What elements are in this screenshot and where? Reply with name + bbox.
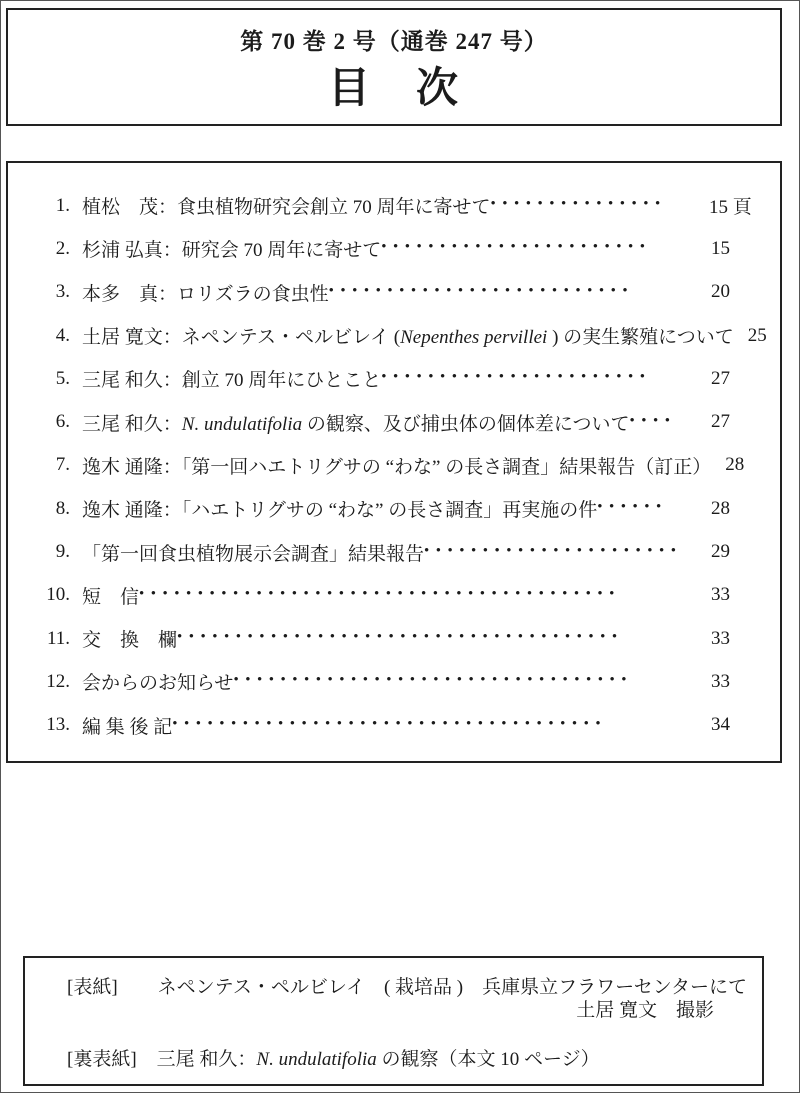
toc-item-title: 編 集 後 記: [82, 712, 172, 739]
toc-item-title: 土居 寛文：ネペンテス・ペルビレイ (Nepenthes pervillei )…: [82, 322, 734, 349]
toc-item-number: 11.: [26, 628, 70, 650]
toc-item-number: 6.: [26, 411, 70, 433]
front-cover-label: [表紙]: [67, 972, 118, 999]
dot-leader: ••••••••••••••••••••••••••••••••••••••: [177, 629, 697, 646]
toc-item-page: 15: [709, 238, 730, 260]
toc-item-number: 4.: [26, 325, 70, 347]
toc-item-text-pre: 短 信: [82, 587, 139, 608]
toc-item-number: 10.: [26, 584, 70, 606]
issue-number: 第 70 巻 2 号（通巻 247 号）: [8, 26, 780, 58]
species-name-italic: Nepenthes pervillei: [400, 327, 547, 348]
toc-item-text-pre: 三尾 和久：: [82, 414, 182, 435]
toc-item-page: 27: [709, 411, 730, 433]
toc-row: 13. 編 集 後 記 ••••••••••••••••••••••••••••…: [26, 704, 730, 747]
back-cover-text-pre: 三尾 和久：: [157, 1049, 257, 1070]
toc-item-text-post: ) の実生繁殖について: [547, 327, 733, 348]
toc-item-text-pre: 杉浦 弘真：研究会 70 周年に寄せて: [82, 240, 381, 261]
toc-item-number: 12.: [26, 671, 70, 693]
dot-leader: ••••••••••••••••••••••: [424, 543, 697, 560]
back-cover-line: [裏表紙] 三尾 和久：N. undulatifolia の観察（本文 10 ペ…: [67, 1044, 714, 1070]
toc-row: 5. 三尾 和久：創立 70 周年にひとこと •••••••••••••••••…: [26, 357, 730, 400]
toc-item-number: 2.: [26, 238, 70, 260]
back-cover-label: [裏表紙]: [67, 1044, 137, 1071]
toc-row: 8. 逸木 通隆：「ハエトリグサの “わな” の長さ調査」再実施の件 •••••…: [26, 487, 730, 530]
front-cover-credit: 土居 寛文 撮影: [67, 998, 714, 1024]
toc-item-text-pre: 会からのお知らせ: [82, 673, 233, 694]
front-cover-line: [表紙] ネペンテス・ペルビレイ ( 栽培品 ) 兵庫県立フラワーセンターにて: [67, 972, 714, 998]
toc-row: 1. 植松 茂：食虫植物研究会創立 70 周年に寄せて ••••••••••••…: [26, 184, 730, 227]
dot-leader: •••••••••••••••••••••••••••••••••••••: [172, 716, 697, 733]
toc-item-text-pre: 逸木 通隆：「ハエトリグサの “わな” の長さ調査」再実施の件: [82, 500, 597, 521]
dot-leader: •••••••••••••••••••••••: [381, 369, 697, 386]
toc-row: 3. 本多 真：ロリズラの食虫性 •••••••••••••••••••••••…: [26, 271, 730, 314]
toc-row: 2. 杉浦 弘真：研究会 70 周年に寄せて •••••••••••••••••…: [26, 227, 730, 270]
dot-leader: ••••: [630, 413, 698, 430]
back-cover-text: 三尾 和久：N. undulatifolia の観察（本文 10 ページ）: [157, 1044, 600, 1071]
toc-item-text-post: の観察、及び捕虫体の個体差について: [302, 414, 629, 435]
toc-item-number: 5.: [26, 368, 70, 390]
toc-row: 6. 三尾 和久：N. undulatifolia の観察、及び捕虫体の個体差に…: [26, 400, 730, 443]
toc-row: 9. 「第一回食虫植物展示会調査」結果報告 ••••••••••••••••••…: [26, 530, 730, 573]
toc-item-text-pre: 植松 茂：食虫植物研究会創立 70 周年に寄せて: [82, 197, 491, 218]
toc-item-text-pre: 逸木 通隆：「第一回ハエトリグサの “わな” の長さ調査」結果報告（訂正）: [82, 457, 711, 478]
toc-item-text-pre: 交 換 欄: [82, 630, 177, 651]
toc-item-title: 会からのお知らせ: [82, 668, 233, 695]
toc-item-title: 三尾 和久：N. undulatifolia の観察、及び捕虫体の個体差について: [82, 409, 630, 436]
dot-leader: •••••••••••••••: [491, 196, 697, 213]
toc-row: 12. 会からのお知らせ •••••••••••••••••••••••••••…: [26, 660, 730, 703]
toc-item-text-pre: 本多 真：ロリズラの食虫性: [82, 284, 329, 305]
toc-item-title: 「第一回食虫植物展示会調査」結果報告: [82, 539, 424, 566]
dot-leader: ••••••••••••••••••••••••••••••••••: [233, 672, 697, 689]
toc-item-page: 20: [709, 281, 730, 303]
toc-item-page: 33: [709, 584, 730, 606]
toc-item-title: 短 信: [82, 582, 139, 609]
toc-item-title: 三尾 和久：創立 70 周年にひとこと: [82, 365, 381, 392]
covers-box: [表紙] ネペンテス・ペルビレイ ( 栽培品 ) 兵庫県立フラワーセンターにて …: [23, 956, 764, 1086]
species-name-italic: N. undulatifolia: [182, 414, 302, 435]
species-name-italic: N. undulatifolia: [256, 1049, 376, 1070]
toc-item-text-pre: 土居 寛文：ネペンテス・ペルビレイ (: [82, 327, 400, 348]
toc-row: 4. 土居 寛文：ネペンテス・ペルビレイ (Nepenthes perville…: [26, 314, 730, 357]
toc-item-page: 33: [709, 628, 730, 650]
toc-item-page: 15 頁: [709, 192, 730, 219]
toc-item-title: 逸木 通隆：「ハエトリグサの “わな” の長さ調査」再実施の件: [82, 495, 597, 522]
toc-item-number: 9.: [26, 541, 70, 563]
toc-item-page: 29: [709, 541, 730, 563]
toc-item-text-pre: 三尾 和久：創立 70 周年にひとこと: [82, 370, 381, 391]
dot-leader: •••••••••••••••••••••••: [381, 239, 697, 256]
toc-item-title: 交 換 欄: [82, 625, 177, 652]
toc-row: 10. 短 信 ••••••••••••••••••••••••••••••••…: [26, 574, 730, 617]
toc-item-number: 8.: [26, 498, 70, 520]
header-box: 第 70 巻 2 号（通巻 247 号） 目 次: [6, 8, 782, 126]
toc-item-page: 25: [746, 325, 767, 347]
toc-item-number: 3.: [26, 281, 70, 303]
page-title: 目 次: [8, 64, 780, 114]
back-cover-text-post: の観察（本文 10 ページ）: [377, 1049, 600, 1070]
toc-row: 11. 交 換 欄 ••••••••••••••••••••••••••••••…: [26, 617, 730, 660]
dot-leader: ••••••: [597, 499, 697, 516]
toc-item-page: 27: [709, 368, 730, 390]
dot-leader: ••••••••••••••••••••••••••: [329, 283, 697, 300]
toc-item-title: 逸木 通隆：「第一回ハエトリグサの “わな” の長さ調査」結果報告（訂正）: [82, 452, 711, 479]
toc-list: 1. 植松 茂：食虫植物研究会創立 70 周年に寄せて ••••••••••••…: [26, 184, 730, 747]
page: 第 70 巻 2 号（通巻 247 号） 目 次 1. 植松 茂：食虫植物研究会…: [0, 0, 800, 1093]
toc-item-number: 1.: [26, 195, 70, 217]
toc-item-text-pre: 編 集 後 記: [82, 717, 172, 738]
toc-item-title: 杉浦 弘真：研究会 70 周年に寄せて: [82, 235, 381, 262]
toc-item-number: 13.: [26, 714, 70, 736]
toc-row: 7. 逸木 通隆：「第一回ハエトリグサの “わな” の長さ調査」結果報告（訂正）…: [26, 444, 730, 487]
toc-item-title: 本多 真：ロリズラの食虫性: [82, 279, 329, 306]
toc-item-page: 28: [709, 498, 730, 520]
front-cover-text: ネペンテス・ペルビレイ ( 栽培品 ) 兵庫県立フラワーセンターにて: [158, 972, 747, 999]
toc-item-text-pre: 「第一回食虫植物展示会調査」結果報告: [82, 544, 424, 565]
toc-item-number: 7.: [26, 454, 70, 476]
toc-item-page: 33: [709, 671, 730, 693]
toc-box: 1. 植松 茂：食虫植物研究会創立 70 周年に寄せて ••••••••••••…: [6, 161, 782, 763]
toc-item-page: 34: [709, 714, 730, 736]
toc-item-title: 植松 茂：食虫植物研究会創立 70 周年に寄せて: [82, 192, 491, 219]
dot-leader: ••••••••••••••••••••••••••••••••••••••••…: [139, 586, 697, 603]
toc-item-page: 28: [723, 454, 744, 476]
